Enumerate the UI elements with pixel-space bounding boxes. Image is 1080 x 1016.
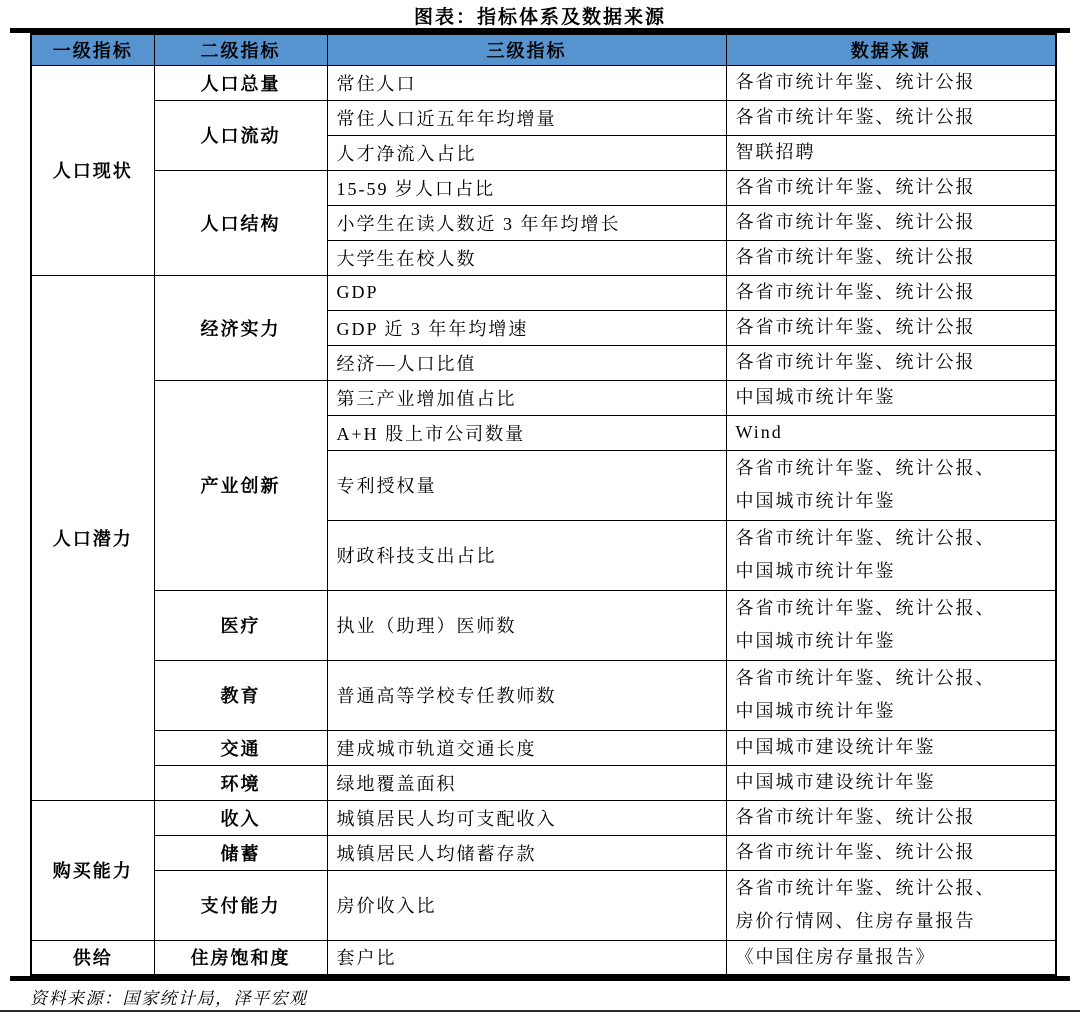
level2-indicator-cell: 经济实力 [154, 275, 327, 380]
data-source-cell: 各省市统计年鉴、统计公报、 中国城市统计年鉴 [726, 450, 1056, 520]
data-source-cell: 各省市统计年鉴、统计公报 [726, 205, 1056, 240]
level3-indicator-cell: 执业（助理）医师数 [327, 590, 726, 660]
level3-indicator-cell: 房价收入比 [327, 870, 726, 940]
level2-indicator-cell: 人口总量 [154, 65, 327, 100]
level3-indicator-cell: 建成城市轨道交通长度 [327, 730, 726, 765]
level2-indicator-cell: 产业创新 [154, 380, 327, 590]
level3-indicator-cell: 财政科技支出占比 [327, 520, 726, 590]
level3-indicator-cell: 大学生在校人数 [327, 240, 726, 275]
data-source-cell: 各省市统计年鉴、统计公报、 中国城市统计年鉴 [726, 660, 1056, 730]
level3-indicator-cell: 人才净流入占比 [327, 135, 726, 170]
level3-indicator-cell: 常住人口近五年年均增量 [327, 100, 726, 135]
data-source-cell: 各省市统计年鉴、统计公报、 房价行情网、住房存量报告 [726, 870, 1056, 940]
table-row: 人口现状人口总量常住人口各省市统计年鉴、统计公报 [31, 65, 1056, 100]
level1-indicator-cell: 人口潜力 [31, 275, 154, 800]
data-source-cell: 智联招聘 [726, 135, 1056, 170]
level2-indicator-cell: 人口流动 [154, 100, 327, 170]
table-row: 人口流动常住人口近五年年均增量各省市统计年鉴、统计公报 [31, 100, 1056, 135]
data-source-cell: Wind [726, 415, 1056, 450]
data-source-cell: 各省市统计年鉴、统计公报 [726, 800, 1056, 835]
bottom-thick-rule [10, 976, 1070, 981]
level3-indicator-cell: 15-59 岁人口占比 [327, 170, 726, 205]
column-header-level1: 一级指标 [31, 34, 154, 65]
data-source-cell: 各省市统计年鉴、统计公报 [726, 310, 1056, 345]
data-source-cell: 各省市统计年鉴、统计公报 [726, 65, 1056, 100]
table-row: 人口潜力经济实力GDP各省市统计年鉴、统计公报 [31, 275, 1056, 310]
level3-indicator-cell: GDP 近 3 年年均增速 [327, 310, 726, 345]
level1-indicator-cell: 购买能力 [31, 800, 154, 940]
data-source-cell: 各省市统计年鉴、统计公报 [726, 170, 1056, 205]
data-source-cell: 《中国住房存量报告》 [726, 940, 1056, 975]
indicator-system-table: 一级指标 二级指标 三级指标 数据来源 人口现状人口总量常住人口各省市统计年鉴、… [30, 33, 1057, 976]
data-source-cell: 中国城市统计年鉴 [726, 380, 1056, 415]
report-figure-page: 图表：指标体系及数据来源 一级指标 二级指标 三级指标 数据来源 人口现状人口总… [0, 0, 1080, 1016]
level2-indicator-cell: 收入 [154, 800, 327, 835]
level3-indicator-cell: 城镇居民人均可支配收入 [327, 800, 726, 835]
level3-indicator-cell: 第三产业增加值占比 [327, 380, 726, 415]
level2-indicator-cell: 储蓄 [154, 835, 327, 870]
column-header-level3: 三级指标 [327, 34, 726, 65]
level2-indicator-cell: 住房饱和度 [154, 940, 327, 975]
table-row: 人口结构15-59 岁人口占比各省市统计年鉴、统计公报 [31, 170, 1056, 205]
level3-indicator-cell: A+H 股上市公司数量 [327, 415, 726, 450]
data-source-cell: 各省市统计年鉴、统计公报、 中国城市统计年鉴 [726, 590, 1056, 660]
table-row: 购买能力收入城镇居民人均可支配收入各省市统计年鉴、统计公报 [31, 800, 1056, 835]
level3-indicator-cell: 普通高等学校专任教师数 [327, 660, 726, 730]
table-row: 产业创新第三产业增加值占比中国城市统计年鉴 [31, 380, 1056, 415]
level2-indicator-cell: 医疗 [154, 590, 327, 660]
level2-indicator-cell: 环境 [154, 765, 327, 800]
level3-indicator-cell: GDP [327, 275, 726, 310]
level3-indicator-cell: 小学生在读人数近 3 年年均增长 [327, 205, 726, 240]
page-bottom-hairline [0, 1010, 1080, 1012]
level2-indicator-cell: 教育 [154, 660, 327, 730]
level1-indicator-cell: 人口现状 [31, 65, 154, 275]
table-header-row: 一级指标 二级指标 三级指标 数据来源 [31, 34, 1056, 65]
level2-indicator-cell: 支付能力 [154, 870, 327, 940]
level3-indicator-cell: 常住人口 [327, 65, 726, 100]
data-source-cell: 各省市统计年鉴、统计公报 [726, 345, 1056, 380]
level1-indicator-cell: 供给 [31, 940, 154, 975]
table-row: 环境绿地覆盖面积中国城市建设统计年鉴 [31, 765, 1056, 800]
column-header-source: 数据来源 [726, 34, 1056, 65]
data-source-cell: 各省市统计年鉴、统计公报 [726, 275, 1056, 310]
level3-indicator-cell: 专利授权量 [327, 450, 726, 520]
table-row: 支付能力房价收入比各省市统计年鉴、统计公报、 房价行情网、住房存量报告 [31, 870, 1056, 940]
table-row: 教育普通高等学校专任教师数各省市统计年鉴、统计公报、 中国城市统计年鉴 [31, 660, 1056, 730]
source-note: 资料来源：国家统计局，泽平宏观 [30, 984, 308, 1009]
indicator-table-body: 人口现状人口总量常住人口各省市统计年鉴、统计公报人口流动常住人口近五年年均增量各… [31, 65, 1056, 975]
data-source-cell: 中国城市建设统计年鉴 [726, 765, 1056, 800]
data-source-cell: 各省市统计年鉴、统计公报 [726, 835, 1056, 870]
data-source-cell: 各省市统计年鉴、统计公报 [726, 100, 1056, 135]
table-row: 交通建成城市轨道交通长度中国城市建设统计年鉴 [31, 730, 1056, 765]
level2-indicator-cell: 交通 [154, 730, 327, 765]
table-row: 储蓄城镇居民人均储蓄存款各省市统计年鉴、统计公报 [31, 835, 1056, 870]
column-header-level2: 二级指标 [154, 34, 327, 65]
level2-indicator-cell: 人口结构 [154, 170, 327, 275]
level3-indicator-cell: 城镇居民人均储蓄存款 [327, 835, 726, 870]
level3-indicator-cell: 绿地覆盖面积 [327, 765, 726, 800]
data-source-cell: 中国城市建设统计年鉴 [726, 730, 1056, 765]
data-source-cell: 各省市统计年鉴、统计公报 [726, 240, 1056, 275]
figure-title: 图表：指标体系及数据来源 [0, 2, 1080, 29]
level3-indicator-cell: 经济—人口比值 [327, 345, 726, 380]
data-source-cell: 各省市统计年鉴、统计公报、 中国城市统计年鉴 [726, 520, 1056, 590]
table-row: 医疗执业（助理）医师数各省市统计年鉴、统计公报、 中国城市统计年鉴 [31, 590, 1056, 660]
table-row: 供给住房饱和度套户比《中国住房存量报告》 [31, 940, 1056, 975]
level3-indicator-cell: 套户比 [327, 940, 726, 975]
